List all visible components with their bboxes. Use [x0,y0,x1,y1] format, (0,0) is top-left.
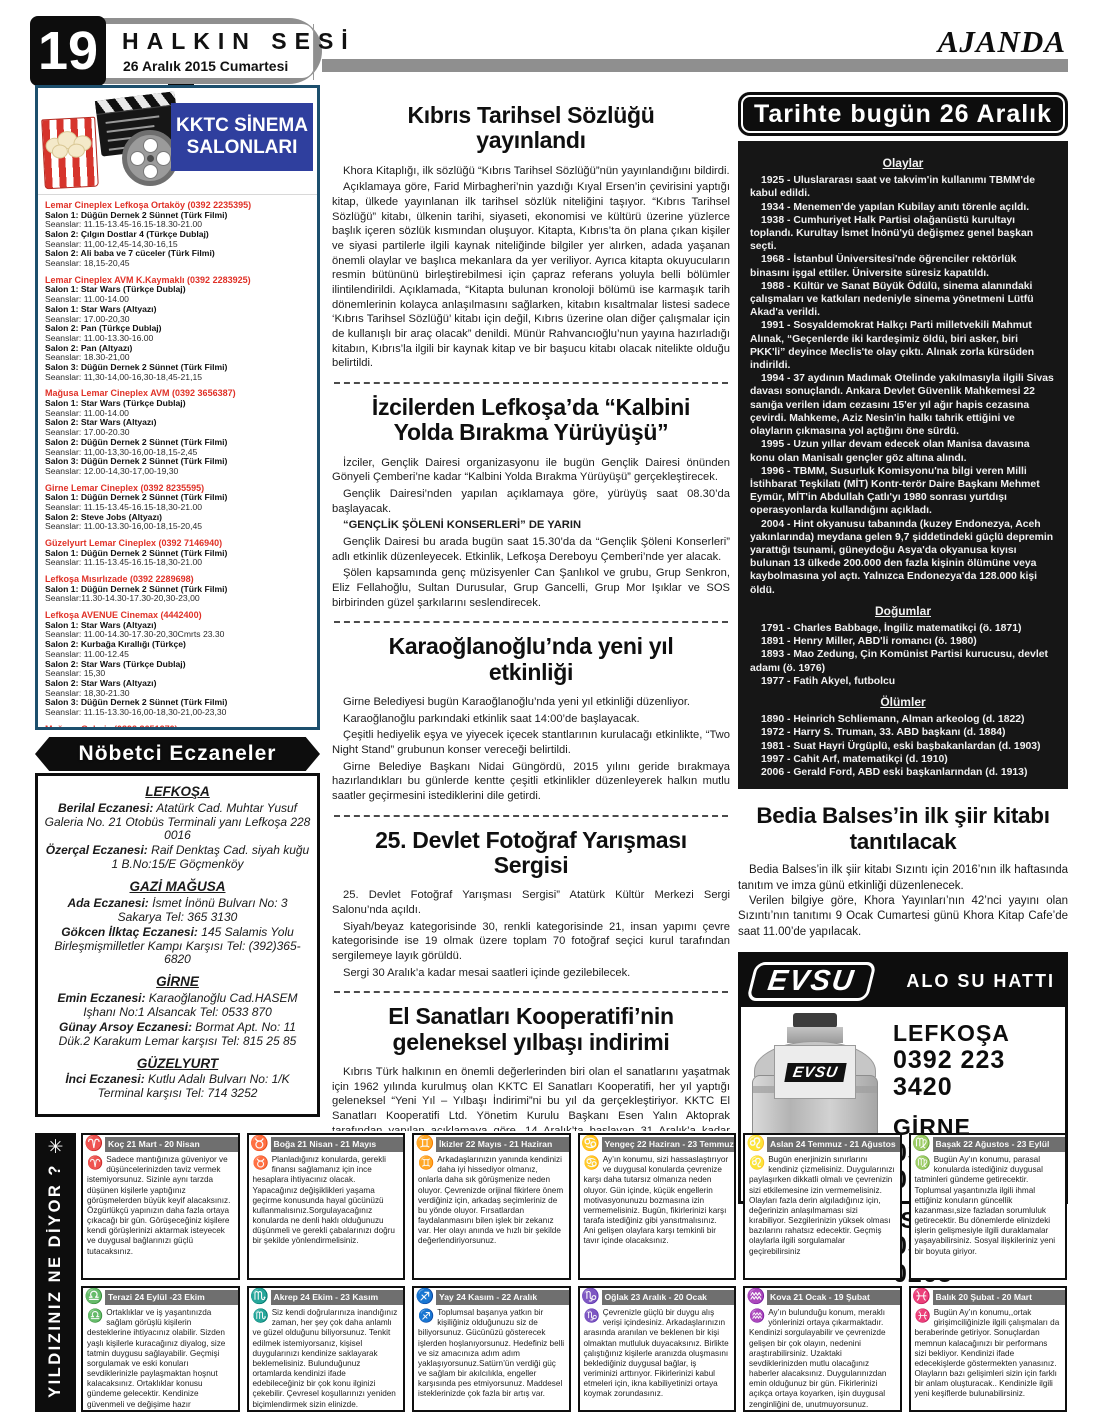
popcorn-icon [41,117,99,190]
pharmacy-city-heading: GAZİ MAĞUSA [44,879,311,895]
evsu-city-name: LEFKOŞA [893,1021,1065,1046]
virgo-icon: ♍ [915,1156,931,1169]
horoscope-sign-text: ♎Ortaklıklar ve iş yaşantınızda sağlam g… [83,1306,238,1412]
cinema-venue: Mağusa Galeria (0392 3651270)Salon 1: St… [45,724,310,730]
horoscope-sign: ♌Aslan 24 Temmuz - 21 Ağustos♌Bugün ener… [743,1133,902,1280]
horoscope-sign-text: ♐Toplumsal başarıya yatkın bir kişiliğin… [414,1306,569,1400]
horoscope-sign-text: ♋Ay’ın konumu, sizi hassaslaştırıyor ve … [580,1153,735,1247]
pisces-icon: ♓ [911,1288,933,1306]
horoscope-sign: ♏Akrep 24 Ekim - 23 Kasım♏Siz kendi doğr… [247,1286,406,1412]
pharmacy-entry: Özerçal Eczanesi: Raif Denktaş Cad. siya… [44,844,311,872]
cinema-venue: Lemar Cineplex AVM K.Kaymaklı (0392 2283… [45,275,310,383]
evsu-tagline: ALO SU HATTI [906,971,1055,992]
article-paragraph: Karaoğlanoğlu parkındaki etkinlik saat 1… [332,712,730,727]
pharmacy-entry: Berilal Eczanesi: Atatürk Cad. Muhtar Yu… [44,802,311,844]
article-paragraph: “GENÇLİK ŞÖLENİ KONSERLERİ” DE YARIN [332,518,730,533]
article: 25. Devlet Fotoğraf Yarışması Sergisi25.… [332,828,730,981]
horoscope-sign-text: ♓Bugün Ay’ın konumu,,ortak girişimciliği… [911,1306,1066,1400]
articles-column: Kıbrıs Tarihsel Sözlüğü yayınlandıKhora … [332,95,730,1131]
horoscope-sign-header: ♍Başak 22 Ağustos - 23 Eylül [911,1135,1066,1153]
article-paragraph: Girne Belediye Başkanı Nidai Güngördü, 2… [332,760,730,804]
horoscope-grid: ♈Koç 21 Mart - 20 Nisan♈Sadece mantığını… [81,1133,1067,1412]
header-rule [322,59,1068,72]
history-item: 1938 - Cumhuriyet Halk Partisi olağanüst… [750,214,1056,254]
pharmacy-entry: Ada Eczanesi: İsmet İnönü Bulvarı No: 3 … [44,897,311,925]
history-item: 1981 - Suat Hayri Ürgüplü, eski başbakan… [750,740,1056,753]
cinema-seans-line: Seanslar: 11.15-13.45-16.15-18,30-21.00 [45,558,310,568]
scorpio-icon: ♏ [249,1288,271,1306]
horoscope-sign-title: Terazi 24 Eylül -23 Ekim [105,1290,238,1305]
masthead-title: HALKIN SESİ [122,28,356,55]
horoscope-sign: ♍Başak 22 Ağustos - 23 Eylül♍Bugün Ay’ın… [909,1133,1068,1280]
article-paragraph: Khora Kitaplığı, ilk sözlüğü “Kıbrıs Tar… [332,164,730,179]
history-item: 1968 - İstanbul Üniversitesi'nde öğrenci… [750,253,1056,279]
horoscope-sign-text: ♍Bugün Ay’ın konumu, parasal konularda i… [911,1153,1066,1257]
horoscope-sign-header: ♓Balık 20 Şubat - 20 Mart [911,1288,1066,1306]
horoscope-sign-title: Koç 21 Mart - 20 Nisan [105,1137,238,1152]
libra-icon: ♎ [87,1309,103,1322]
horoscope-sign-header: ♐Yay 24 Kasım - 22 Aralık [414,1288,569,1306]
article-title: 25. Devlet Fotoğraf Yarışması Sergisi [350,828,712,879]
cinema-seans-line: Seanslar: 11.15-13.30-16,00-18,30-21,00-… [45,708,310,718]
cinema-listings-box: KKTC SİNEMA SALONLARI Lemar Cineplex Lef… [35,85,320,730]
article-paragraph: Siyah/beyaz kategorisinde 30, renkli kat… [332,920,730,964]
pharmacy-name: Gökcen İlktaç Eczanesi: [61,925,198,939]
horoscope-sign: ♑Oğlak 23 Aralık - 20 Ocak♑Çevrenizle gü… [578,1286,737,1412]
article-title: El Sanatları Kooperatifi’nin geleneksel … [350,1004,712,1055]
pharmacy-name: Özerçal Eczanesi: [46,843,148,857]
sagittarius-icon: ♐ [418,1309,434,1322]
article-paragraph: Girne Belediyesi bugün Karaoğlanoğlu’nda… [332,695,730,710]
horoscope-banner-text: YILDIZINIZ NE DİYOR ? [46,1163,65,1398]
article-paragraph: Çeşitli hediyelik eşya ve yiyecek içecek… [332,728,730,757]
article-paragraph: Sergi 30 Aralık’a kadar mesai saatleri i… [332,966,730,981]
pharmacy-name: Berilal Eczanesi: [58,801,153,815]
history-item: 1925 - Uluslararası saat ve takvim'in ku… [750,174,1056,200]
aquarius-icon: ♒ [745,1288,767,1306]
history-section-heading: Olaylar [750,156,1056,171]
evsu-ad-header: EVSU ALO SU HATTI [741,955,1065,1007]
evsu-phone-number: 0392 223 3420 [893,1047,1065,1102]
article: Karaoğlanoğlu’nda yeni yıl etkinliğiGirn… [332,634,730,803]
horoscope-sign: ♉Boğa 21 Nisan - 21 Mayıs♉Planladığınız … [247,1133,406,1280]
page-number: 19 [30,16,106,86]
history-item: 1791 - Charles Babbage, İngiliz matemati… [750,622,1056,635]
masthead-divider [313,24,314,80]
article-paragraph: İzciler, Gençlik Dairesi organizasyonu i… [332,456,730,485]
horoscope-sign: ♈Koç 21 Mart - 20 Nisan♈Sadece mantığını… [81,1133,240,1280]
horoscope-sign: ♋Yengeç 22 Haziran - 23 Temmuz♋Ay’ın kon… [578,1133,737,1280]
cinema-seans-line: Seanslar: 11.00-13.30-16,00-18,15-20,45 [45,522,310,532]
evsu-logo: EVSU [746,962,877,1001]
horoscope-sign-title: Akrep 24 Ekim - 23 Kasım [271,1290,404,1305]
history-item: 1991 - Sosyaldemokrat Halkçı Parti mille… [750,319,1056,372]
history-item: 1994 - 37 aydının Madımak Otelinde yakıl… [750,372,1056,438]
horoscope-sign-text: ♈Sadece mantığınıza güveniyor ve düşünce… [83,1153,238,1257]
pharmacy-city-heading: LEFKOŞA [44,784,311,800]
cinema-venue: Lemar Cineplex Lefkoşa Ortaköy (0392 223… [45,200,310,269]
sagittarius-icon: ♐ [414,1288,436,1306]
pharmacy-city-heading: GİRNE [44,974,311,990]
article-separator [334,621,728,623]
pharmacy-name: Ada Eczanesi: [67,896,148,910]
masthead-date: 26 Aralık 2015 Cumartesi [123,58,288,74]
horoscope-sign-header: ♌Aslan 24 Temmuz - 21 Ağustos [745,1135,900,1153]
newspaper-page: 19 HALKIN SESİ 26 Aralık 2015 Cumartesi … [0,0,1102,1417]
horoscope-sign-text: ♒Ay’ın bulunduğu konum, meraklı yönlerin… [745,1306,900,1410]
libra-icon: ♎ [83,1288,105,1306]
horoscope-sign-header: ♑Oğlak 23 Aralık - 20 Ocak [580,1288,735,1306]
horoscope-sign-title: Kova 21 Ocak - 19 Şubat [767,1290,900,1305]
pharmacy-entry: Gökcen İlktaç Eczanesi: 145 Salamis Yolu… [44,926,311,968]
cinema-hero-graphic: KKTC SİNEMA SALONLARI [38,88,317,195]
aries-icon: ♈ [87,1156,103,1169]
horoscope-sign-title: Boğa 21 Nisan - 21 Mayıs [271,1137,404,1152]
right-column: Tarihte bugün 26 Aralık Olaylar1925 - Ul… [738,92,1068,1204]
cinema-venue: Lefkoşa Mısırlızade (0392 2289698)Salon … [45,574,310,604]
horoscope-sign-text: ♏Siz kendi doğrularınıza inandığınız zam… [249,1306,404,1410]
article-separator [334,815,728,817]
cinema-seans-line: Seanslar: 12.00-14,30-17,00-19,30 [45,467,310,477]
leo-icon: ♌ [749,1156,765,1169]
pharmacy-entry: Emin Eczanesi: Karaoğlanoğlu Cad.HASEM I… [44,992,311,1020]
article: Kıbrıs Tarihsel Sözlüğü yayınlandıKhora … [332,103,730,371]
horoscope-sign-header: ♒Kova 21 Ocak - 19 Şubat [745,1288,900,1306]
taurus-icon: ♉ [249,1135,271,1153]
history-item: 1988 - Kültür ve Sanat Büyük Ödülü, sine… [750,280,1056,320]
horoscope-sign-title: Oğlak 23 Aralık - 20 Ocak [602,1290,735,1305]
today-in-history-ribbon: Tarihte bugün 26 Aralık [738,92,1068,136]
today-in-history-box: Olaylar1925 - Uluslararası saat ve takvi… [738,141,1068,789]
horoscope-sign-header: ♋Yengeç 22 Haziran - 23 Temmuz [580,1135,735,1153]
horoscope-sign-text: ♊Arkadaşlarınızın yanında kendinizi daha… [414,1153,569,1247]
horoscope-sign-header: ♊İkizler 22 Mayıs - 21 Haziran [414,1135,569,1153]
pharmacies-ribbon: Nöbetci Eczaneler [35,737,320,771]
cinema-box-title: KKTC SİNEMA SALONLARI [171,103,313,171]
history-item: 2004 - Hint okyanusu tabanında (kuzey En… [750,518,1056,597]
bedia-paragraph: Verilen bilgiye göre, Khora Yayınları’nı… [738,894,1068,940]
cinema-venue: Lefkoşa AVENUE Cinemax (4442400)Salon 1:… [45,610,310,718]
horoscope-sign: ♐Yay 24 Kasım - 22 Aralık♐Toplumsal başa… [412,1286,571,1412]
cancer-icon: ♋ [584,1156,600,1169]
pharmacies-box: LEFKOŞABerilal Eczanesi: Atatürk Cad. Mu… [35,773,320,1117]
pharmacy-entry: Günay Arsoy Eczanesi: Bormat Apt. No: 11… [44,1021,311,1049]
cinema-venue-name: Mağusa Galeria (0392 3651270) [45,724,310,730]
article-paragraph: 25. Devlet Fotoğraf Yarışması Sergisi” A… [332,888,730,917]
article-separator [334,991,728,993]
bedia-paragraph: Bedia Balses’in ilk şiir kitabı Sızıntı … [738,863,1068,894]
horoscope-sign-title: Balık 20 Şubat - 20 Mart [933,1290,1066,1305]
history-item: 1890 - Heinrich Schliemann, Alman arkeol… [750,713,1056,726]
horoscope-sign: ♊İkizler 22 Mayıs - 21 Haziran♊Arkadaşla… [412,1133,571,1280]
horoscope-sign: ♎Terazi 24 Eylül -23 Ekim♎Ortaklıklar ve… [81,1286,240,1412]
scorpio-icon: ♏ [253,1309,269,1322]
horoscope-sign-text: ♑Çevrenizle güçlü bir duygu alış verişi … [580,1306,735,1400]
pharmacy-name: Emin Eczanesi: [57,991,145,1005]
article: El Sanatları Kooperatifi’nin geleneksel … [332,1004,730,1131]
star-icon: ✳ [48,1138,64,1157]
virgo-icon: ♍ [911,1135,933,1153]
horoscope-sign-title: Aslan 24 Temmuz - 21 Ağustos [767,1137,900,1152]
history-item: 1996 - TBMM, Susurluk Komisyonu'na bilgi… [750,465,1056,518]
horoscope-sign: ♒Kova 21 Ocak - 19 Şubat♒Ay’ın bulunduğu… [743,1286,902,1412]
article-title: Karaoğlanoğlu’nda yeni yıl etkinliği [350,634,712,685]
article-separator [334,382,728,384]
horoscope-sign-title: Başak 22 Ağustos - 23 Eylül [933,1137,1066,1152]
cancer-icon: ♋ [580,1135,602,1153]
cinema-venue-list: Lemar Cineplex Lefkoşa Ortaköy (0392 223… [38,195,317,730]
aquarius-icon: ♒ [749,1309,765,1322]
horoscope-sign-header: ♈Koç 21 Mart - 20 Nisan [83,1135,238,1153]
cinema-seans-line: Seanslar:11.30-14.30-17.30-20,30-23,00 [45,594,310,604]
article-paragraph: Gençlik Dairesi’nden yapılan açıklamaya … [332,487,730,516]
history-item: 1893 - Mao Zedung, Çin Komünist Partisi … [750,648,1056,674]
article-title: İzcilerden Lefkoşa’da “Kalbini Yolda Bır… [350,395,712,446]
bottle-label: EVSU [774,1045,856,1099]
horoscope-banner: ✳ YILDIZINIZ NE DİYOR ? [35,1133,76,1412]
gemini-icon: ♊ [414,1135,436,1153]
capricorn-icon: ♑ [584,1309,600,1322]
article-title: Kıbrıs Tarihsel Sözlüğü yayınlandı [350,103,712,154]
horoscope-sign-header: ♉Boğa 21 Nisan - 21 Mayıs [249,1135,404,1153]
horoscope-sign-header: ♏Akrep 24 Ekim - 23 Kasım [249,1288,404,1306]
pisces-icon: ♓ [915,1309,931,1322]
section-title: AJANDA [938,24,1066,60]
cinema-seans-line: Seanslar: 11,30-14,00-16,30-18,45-21,15 [45,373,310,383]
horoscope-sign-header: ♎Terazi 24 Eylül -23 Ekim [83,1288,238,1306]
gemini-icon: ♊ [418,1156,434,1169]
pharmacy-entry: İnci Eczanesi: Kutlu Adalı Bulvarı No: 1… [44,1073,311,1101]
history-section-heading: Doğumlar [750,604,1056,619]
article-paragraph: Açıklamaya göre, Farid Mirbagheri’nin ya… [332,180,730,371]
pharmacy-name: Günay Arsoy Eczanesi: [59,1020,192,1034]
evsu-logo-text: EVSU [766,965,858,998]
history-item: 2006 - Gerald Ford, ABD eski başkanların… [750,766,1056,779]
aries-icon: ♈ [83,1135,105,1153]
cinema-venue: Mağusa Lemar Cineplex AVM (0392 3656387)… [45,388,310,476]
pharmacy-name: İnci Eczanesi: [65,1072,144,1086]
history-item: 1997 - Cahit Arf, matematikçi (d. 1910) [750,753,1056,766]
cinema-seans-line: Seanslar: 18,15-20,45 [45,259,310,269]
history-item: 1934 - Menemen'de yapılan Kubilay anıtı … [750,201,1056,214]
capricorn-icon: ♑ [580,1288,602,1306]
horoscope-sign-title: Yengeç 22 Haziran - 23 Temmuz [602,1137,735,1152]
cinema-venue: Güzelyurt Lemar Cineplex (0392 7146940)S… [45,538,310,568]
article-paragraph: Şölen kapsamında genç müzisyenler Can Şa… [332,566,730,610]
article-paragraph: Kıbrıs Türk halkının en önemli değerleri… [332,1065,730,1131]
history-item: 1977 - Fatih Akyel, futbolcu [750,675,1056,688]
horoscope-sign-title: Yay 24 Kasım - 22 Aralık [436,1290,569,1305]
horoscope-sign-text: ♉Planladığınız konularda, gerekli finans… [249,1153,404,1247]
cinema-venue: Girne Lemar Cineplex (0392 8235595)Salon… [45,483,310,532]
film-reel-icon [122,130,178,186]
history-section-heading: Ölümler [750,695,1056,710]
bedia-article-title: Bedia Balses’in ilk şiir kitabı tanıtıla… [738,803,1068,855]
bedia-article-body: Bedia Balses’in ilk şiir kitabı Sızıntı … [738,863,1068,940]
horoscope-sign-title: İkizler 22 Mayıs - 21 Haziran [436,1137,569,1152]
history-item: 1995 - Uzun yıllar devam edecek olan Man… [750,438,1056,464]
leo-icon: ♌ [745,1135,767,1153]
article-paragraph: Gençlik Dairesi bu arada bugün saat 15.3… [332,535,730,564]
taurus-icon: ♉ [253,1156,269,1169]
history-item: 1891 - Henry Miller, ABD'li romancı (ö. … [750,635,1056,648]
horoscope-sign-text: ♌Bugün enerjinizin sınırlarını kendiniz … [745,1153,900,1257]
history-item: 1972 - Harry S. Truman, 33. ABD başkanı … [750,726,1056,739]
article: İzcilerden Lefkoşa’da “Kalbini Yolda Bır… [332,395,730,610]
horoscope-sign: ♓Balık 20 Şubat - 20 Mart♓Bugün Ay’ın ko… [909,1286,1068,1412]
pharmacy-city-heading: GÜZELYURT [44,1056,311,1072]
bottle-label-text: EVSU [784,1063,846,1082]
